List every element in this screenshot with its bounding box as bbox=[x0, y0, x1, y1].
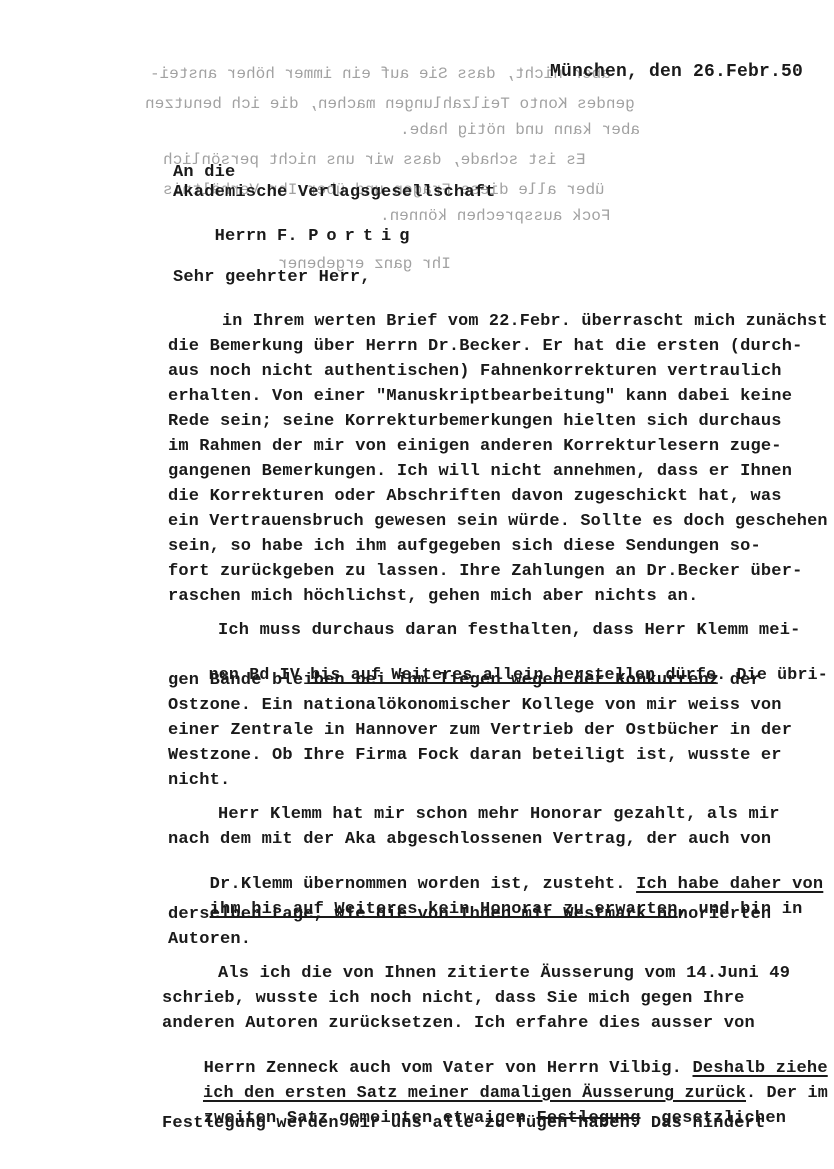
body-line: einer Zentrale in Hannover zum Vertrieb … bbox=[168, 721, 792, 741]
body-line: Ostzone. Ein nationalökonomischer Kolleg… bbox=[168, 696, 782, 716]
body-line: sein, so habe ich ihm aufgegeben sich di… bbox=[168, 537, 761, 557]
body-line: Rede sein; seine Korrekturbemerkungen hi… bbox=[168, 412, 782, 432]
body-line: nach dem mit der Aka abgeschlossenen Ver… bbox=[168, 830, 771, 850]
body-line: raschen mich höchlichst, gehen mich aber… bbox=[168, 587, 699, 607]
body-line: Festlegung werden wir uns alle zu fügen … bbox=[162, 1114, 765, 1134]
body-line: erhalten. Von einer "Manuskriptbearbeitu… bbox=[168, 387, 792, 407]
recipient-line-2: Akademische Verlagsgesellschaft bbox=[173, 183, 495, 203]
body-line: gen Bände bleiben bei ihm liegen wegen d… bbox=[168, 671, 761, 691]
body-line: anderen Autoren zurücksetzen. Ich erfahr… bbox=[162, 1014, 755, 1034]
body-line: Als ich die von Ihnen zitierte Äusserung… bbox=[218, 964, 790, 984]
body-line: die Korrekturen oder Abschriften davon z… bbox=[168, 487, 782, 507]
bleed-through-line: aber nicht, dass Sie auf ein immer höher… bbox=[150, 64, 611, 84]
body-line: die Bemerkung über Herrn Dr.Becker. Er h… bbox=[168, 337, 803, 357]
letter-page: aber nicht, dass Sie auf ein immer höher… bbox=[0, 0, 834, 1169]
body-line: schrieb, wusste ich noch nicht, dass Sie… bbox=[162, 989, 745, 1009]
body-line: im Rahmen der mir von einigen anderen Ko… bbox=[168, 437, 782, 457]
body-line: Ich muss durchaus daran festhalten, dass… bbox=[218, 621, 801, 641]
body-line: Westzone. Ob Ihre Firma Fock daran betei… bbox=[168, 746, 782, 766]
recipient-line-1: An die bbox=[173, 163, 235, 183]
body-line: aus noch nicht authentischen) Fahnenkorr… bbox=[168, 362, 782, 382]
body-line: fort zurückgeben zu lassen. Ihre Zahlung… bbox=[168, 562, 803, 582]
body-line: derselben Lage, wie die von Ihnen mit We… bbox=[168, 905, 771, 925]
recipient-title: Herrn F. bbox=[215, 227, 309, 246]
bleed-through-line: aber kann und nötig habe. bbox=[400, 120, 640, 140]
recipient-line-3: Herrn F. Portig bbox=[173, 207, 417, 267]
body-line: ein Vertrauensbruch gewesen sein würde. … bbox=[168, 512, 828, 532]
body-line: Autoren. bbox=[168, 930, 251, 950]
body-line: gangenen Bemerkungen. Ich will nicht ann… bbox=[168, 462, 792, 482]
bleed-through-line: gendes Konto Teilzahlungen machen, die i… bbox=[145, 94, 635, 114]
body-line: Herr Klemm hat mir schon mehr Honorar ge… bbox=[218, 805, 780, 825]
recipient-name: Portig bbox=[308, 227, 417, 246]
body-line: in Ihrem werten Brief vom 22.Febr. überr… bbox=[222, 312, 828, 332]
salutation: Sehr geehrter Herr, bbox=[173, 268, 371, 288]
place-date: München, den 26.Febr.50 bbox=[550, 62, 803, 82]
body-line: nicht. bbox=[168, 771, 230, 791]
